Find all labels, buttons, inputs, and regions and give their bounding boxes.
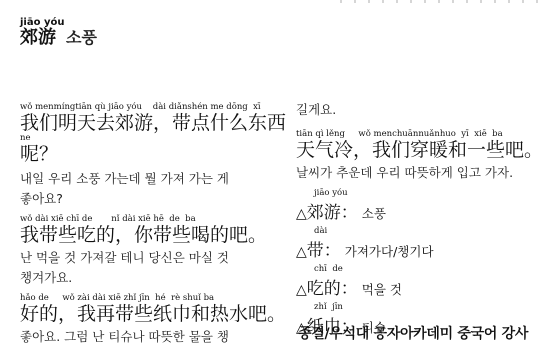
- dialogue-line-3: hǎo de wǒ zài dài xiē zhǐ jīn hé rè shuǐ…: [20, 294, 286, 347]
- pinyin: hǎo de wǒ zài dài xiē zhǐ jīn hé rè shuǐ…: [20, 294, 286, 303]
- pinyin: jiāo yóu: [296, 189, 540, 198]
- dialogue-line-2: wǒ dài xiē chī de nǐ dài xiē hē de ba 我带…: [20, 215, 286, 288]
- vocab-chinese: 带: [307, 241, 324, 261]
- triangle-icon: △: [296, 282, 307, 298]
- vocab-korean: 먹을 것: [362, 282, 402, 297]
- left-column: wǒ menmíngtiān qù jiāo yóu dài diǎnshén …: [20, 103, 286, 351]
- vocab-korean: 소풍: [362, 206, 386, 221]
- pinyin: dài: [296, 227, 540, 236]
- title-chinese: 郊游: [20, 27, 56, 48]
- article-title: jiāo yóu 郊游소풍: [20, 18, 97, 48]
- chinese-sentence: 天气冷，我们穿暖和一些吧。: [296, 139, 540, 161]
- vocab-chinese: 郊游: [307, 203, 341, 223]
- author-credit: 종결/우석대 공자아카데미 중국어 강사: [298, 323, 528, 343]
- right-column: 길게요. tiān qì lěng wǒ menchuānnuǎnhuo yī …: [296, 100, 540, 341]
- chinese-sentence: 我们明天去郊游，带点什么东西: [20, 112, 286, 134]
- pinyin: wǒ dài xiē chī de nǐ dài xiē hē de ba: [20, 215, 286, 224]
- top-edge-artifact: [340, 0, 540, 3]
- chinese-sentence: 呢？: [20, 143, 286, 165]
- dialogue-line-1: wǒ menmíngtiān qù jiāo yóu dài diǎnshén …: [20, 103, 286, 209]
- korean-translation: 챙겨가요.: [20, 268, 286, 288]
- vocab-chinese: 吃的: [307, 279, 341, 299]
- pinyin: wǒ menmíngtiān qù jiāo yóu dài diǎnshén …: [20, 103, 286, 112]
- korean-translation: 난 먹을 것 가져갈 테니 당신은 마실 것: [20, 248, 286, 268]
- vocab-item: jiāo yóu △郊游：소풍: [296, 189, 540, 223]
- vocab-item: chī de △吃的：먹을 것: [296, 265, 540, 299]
- korean-continuation: 길게요.: [296, 100, 540, 120]
- title-korean: 소풍: [66, 28, 97, 47]
- korean-translation: 날씨가 추운데 우리 따뜻하게 입고 가자.: [296, 163, 540, 183]
- triangle-icon: △: [296, 244, 307, 260]
- pinyin: zhǐ jīn: [296, 303, 540, 312]
- korean-translation: 좋아요?: [20, 189, 286, 209]
- pinyin: chī de: [296, 265, 540, 274]
- korean-translation: 내일 우리 소풍 가는데 뭘 가져 가는 게: [20, 169, 286, 189]
- vocab-korean: 가져가다/챙기다: [345, 244, 434, 259]
- vocab-item: dài △带：가져가다/챙기다: [296, 227, 540, 261]
- triangle-icon: △: [296, 206, 307, 222]
- chinese-sentence: 好的，我再带些纸巾和热水吧。: [20, 303, 286, 325]
- korean-translation: 좋아요. 그럼 난 티슈나 따뜻한 물을 챙: [20, 327, 286, 347]
- dialogue-line-4: tiān qì lěng wǒ menchuānnuǎnhuo yī xiē b…: [296, 130, 540, 183]
- vocabulary-list: jiāo yóu △郊游：소풍 dài △带：가져가다/챙기다 chī de △…: [296, 189, 540, 337]
- pinyin: ne: [20, 134, 286, 143]
- pinyin: tiān qì lěng wǒ menchuānnuǎnhuo yī xiē b…: [296, 130, 540, 139]
- chinese-sentence: 我带些吃的，你带些喝的吧。: [20, 224, 286, 246]
